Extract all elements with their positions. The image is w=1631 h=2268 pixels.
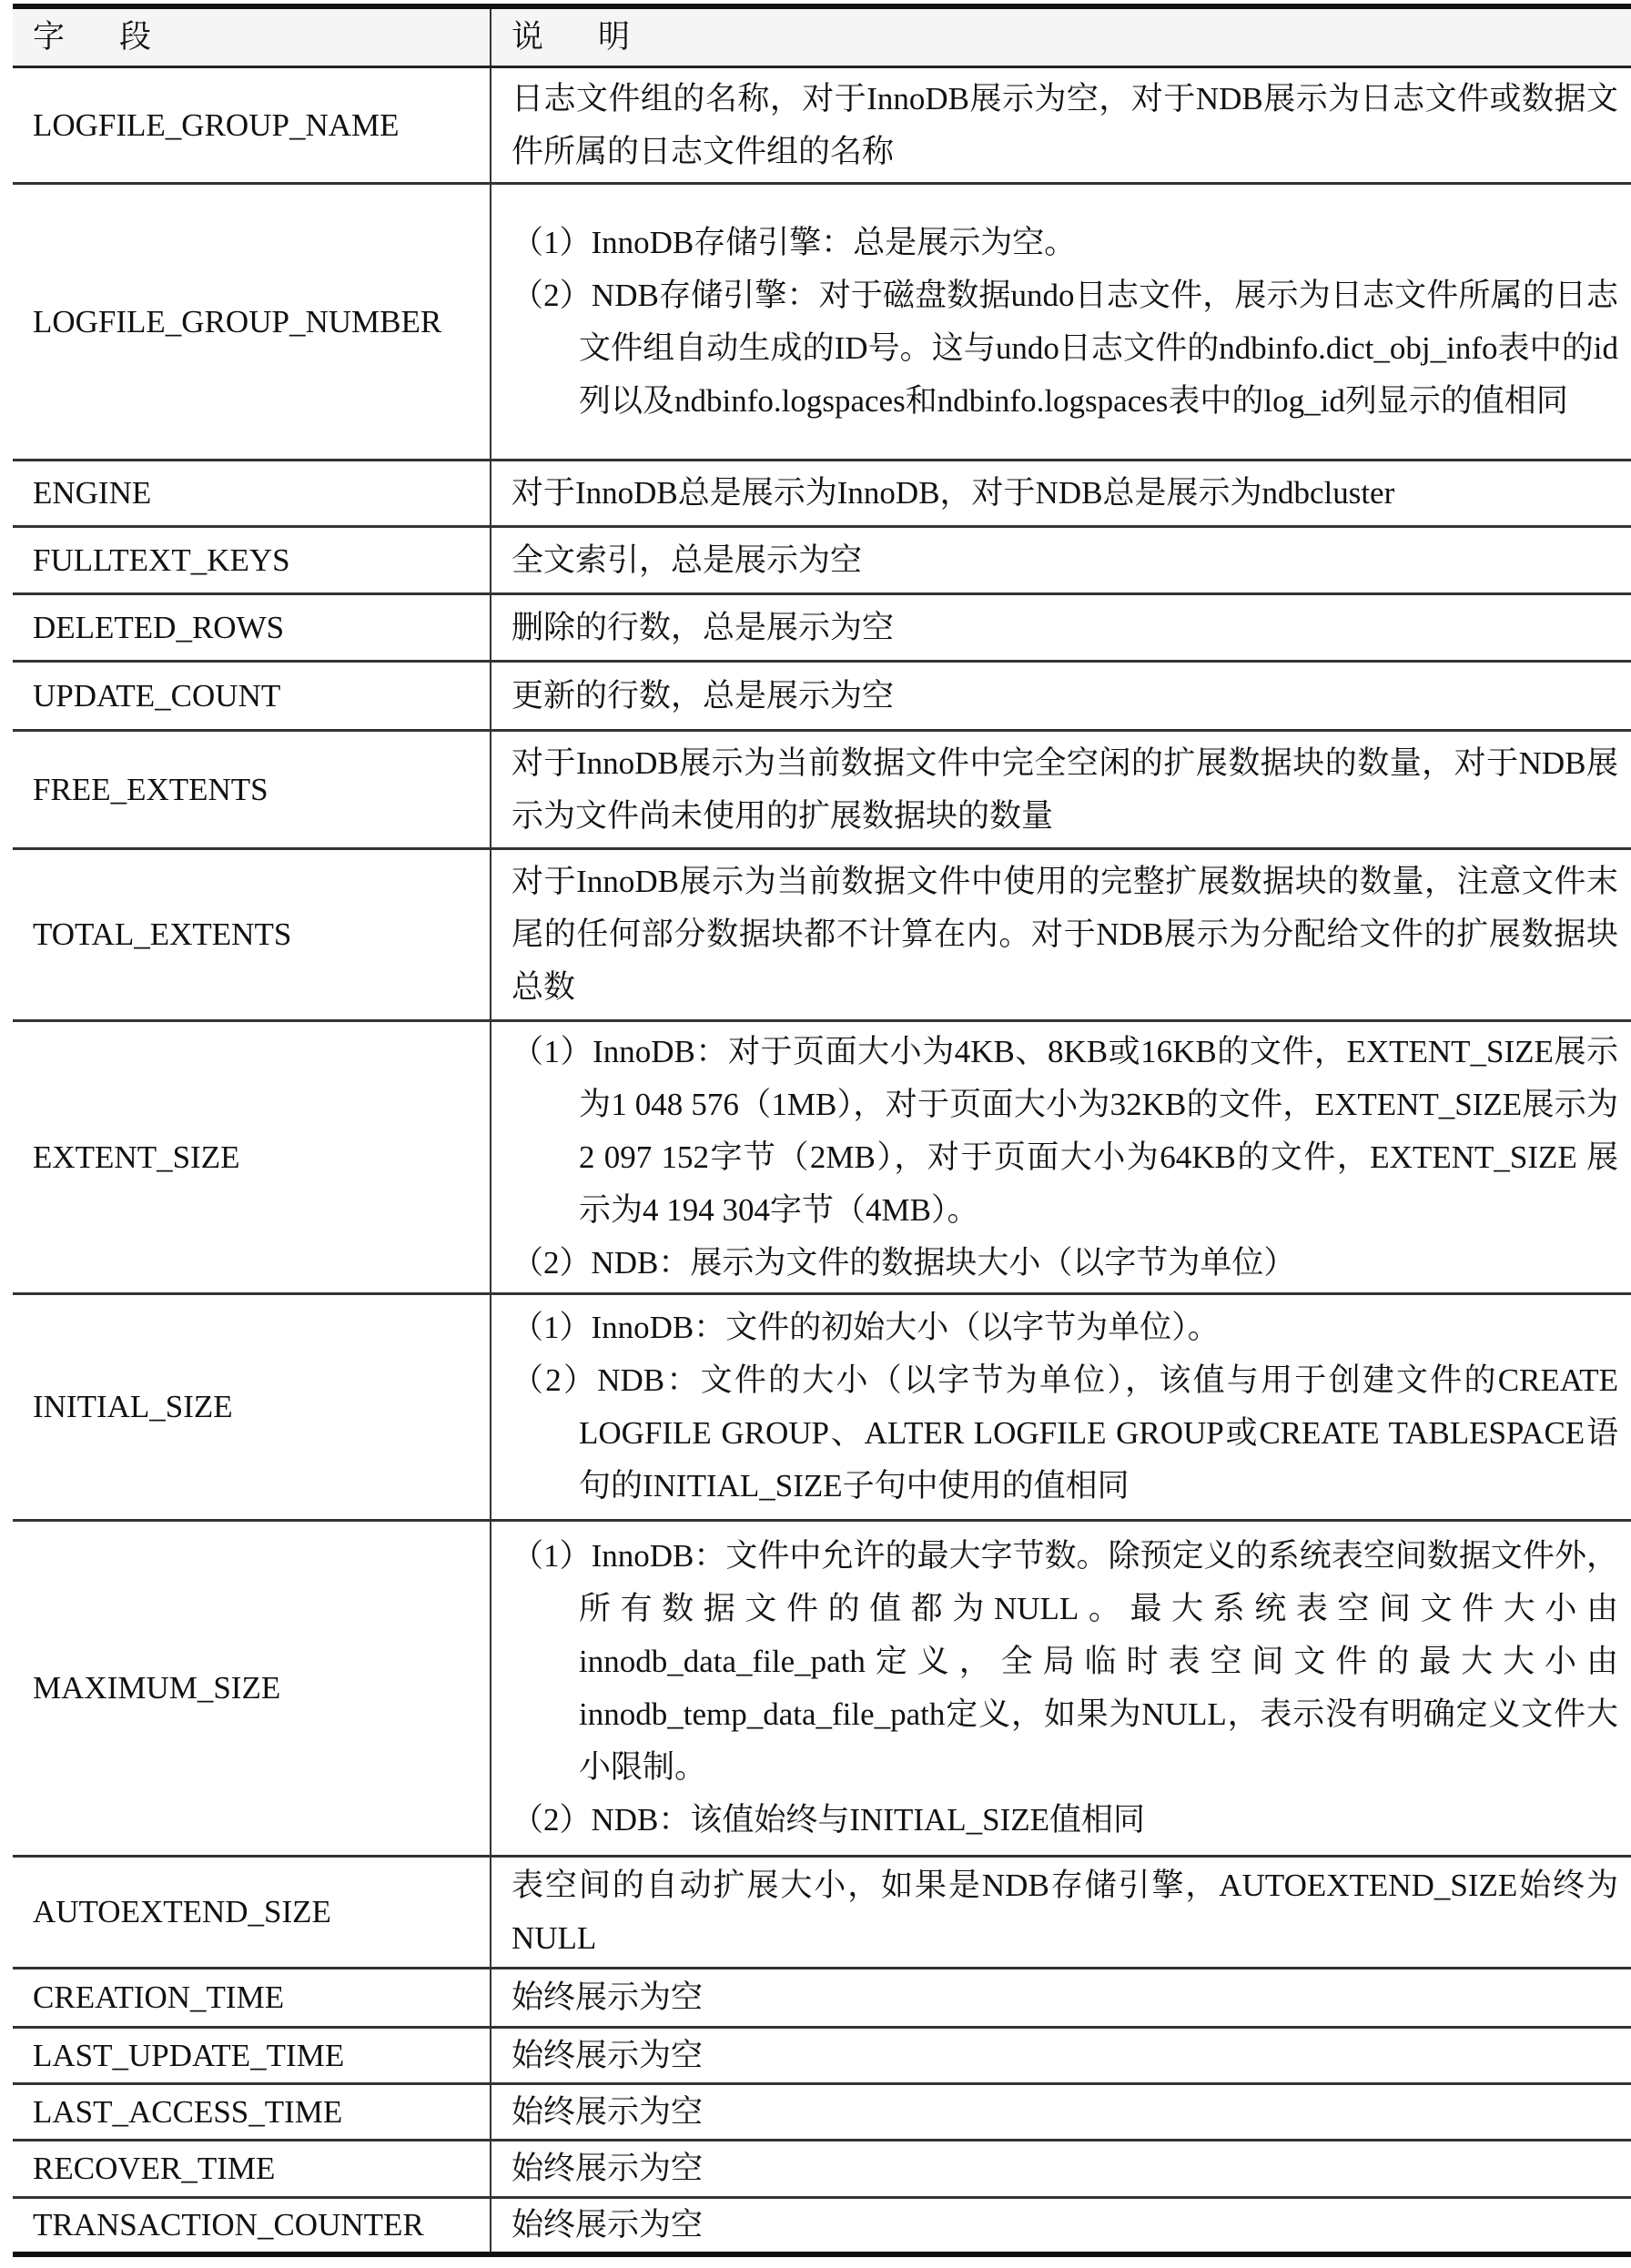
table-row: CREATION_TIME始终展示为空 [13,1969,1631,2028]
table-row: LOGFILE_GROUP_NAME日志文件组的名称，对于InnoDB展示为空，… [13,67,1631,184]
table-row: RECOVER_TIME始终展示为空 [13,2141,1631,2198]
field-description-cell: 日志文件组的名称，对于InnoDB展示为空，对于NDB展示为日志文件或数据文件所… [491,67,1631,184]
field-description-cell: 对于InnoDB展示为当前数据文件中完全空闲的扩展数据块的数量，对于NDB展示为… [491,731,1631,849]
field-description-cell: （1）InnoDB：文件的初始大小（以字节为单位）。（2）NDB：文件的大小（以… [491,1294,1631,1521]
field-name-cell: FREE_EXTENTS [13,731,491,849]
description-text: 始终展示为空 [512,2030,1618,2082]
field-name-cell: ENGINE [13,461,491,527]
field-name-cell: INITIAL_SIZE [13,1294,491,1521]
table-row: TOTAL_EXTENTS对于InnoDB展示为当前数据文件中使用的完整扩展数据… [13,849,1631,1021]
header-field-char-1: 字 [33,19,65,55]
header-desc-char-1: 说 [512,19,543,55]
table-row: LOGFILE_GROUP_NUMBER（1）InnoDB存储引擎：总是展示为空… [13,184,1631,461]
field-name-cell: MAXIMUM_SIZE [13,1521,491,1857]
table-row: LAST_ACCESS_TIME始终展示为空 [13,2084,1631,2141]
field-name-cell: AUTOEXTEND_SIZE [13,1857,491,1969]
description-text: 删除的行数，总是展示为空 [512,602,1618,654]
description-list-item: （1）InnoDB：文件的初始大小（以字节为单位）。 [512,1301,1618,1354]
field-name-cell: LOGFILE_GROUP_NUMBER [13,184,491,461]
table-header-row: 字段 说明 [13,6,1631,67]
field-description-cell: （1）InnoDB：文件中允许的最大字节数。除预定义的系统表空间数据文件外，所有… [491,1521,1631,1857]
description-text: 对于InnoDB展示为当前数据文件中完全空闲的扩展数据块的数量，对于NDB展示为… [512,737,1618,843]
table-row: FREE_EXTENTS对于InnoDB展示为当前数据文件中完全空闲的扩展数据块… [13,731,1631,849]
description-text: 始终展示为空 [512,1971,1618,2024]
table-row: AUTOEXTEND_SIZE表空间的自动扩展大小，如果是NDB存储引擎，AUT… [13,1857,1631,1969]
table-row: MAXIMUM_SIZE（1）InnoDB：文件中允许的最大字节数。除预定义的系… [13,1521,1631,1857]
table-row: UPDATE_COUNT更新的行数，总是展示为空 [13,662,1631,731]
description-list-item: （1）InnoDB：文件中允许的最大字节数。除预定义的系统表空间数据文件外，所有… [512,1530,1618,1794]
field-name-cell: DELETED_ROWS [13,594,491,662]
field-description-cell: 对于InnoDB展示为当前数据文件中使用的完整扩展数据块的数量，注意文件末尾的任… [491,849,1631,1021]
description-text: 始终展示为空 [512,2199,1618,2252]
table-row: TRANSACTION_COUNTER始终展示为空 [13,2198,1631,2255]
table-row: INITIAL_SIZE（1）InnoDB：文件的初始大小（以字节为单位）。（2… [13,1294,1631,1521]
field-description-cell: （1）InnoDB存储引擎：总是展示为空。（2）NDB存储引擎：对于磁盘数据un… [491,184,1631,461]
header-field-char-2: 段 [119,19,151,55]
description-text: 全文索引，总是展示为空 [512,534,1618,587]
field-description-cell: 对于InnoDB总是展示为InnoDB，对于NDB总是展示为ndbcluster [491,461,1631,527]
table-row: DELETED_ROWS删除的行数，总是展示为空 [13,594,1631,662]
table-row: FULLTEXT_KEYS全文索引，总是展示为空 [13,527,1631,594]
field-name-cell: TRANSACTION_COUNTER [13,2198,491,2255]
description-list-item: （1）InnoDB：对于页面大小为4KB、8KB或16KB的文件，EXTENT_… [512,1026,1618,1237]
table-body: LOGFILE_GROUP_NAME日志文件组的名称，对于InnoDB展示为空，… [13,67,1631,2255]
field-description-cell: 始终展示为空 [491,2198,1631,2255]
field-name-cell: TOTAL_EXTENTS [13,849,491,1021]
field-description-cell: 全文索引，总是展示为空 [491,527,1631,594]
description-list-item: （2）NDB：文件的大小（以字节为单位），该值与用于创建文件的CREATE LO… [512,1354,1618,1513]
description-text: 始终展示为空 [512,2086,1618,2139]
field-description-cell: 始终展示为空 [491,2028,1631,2084]
field-description-cell: 始终展示为空 [491,2084,1631,2141]
field-name-cell: EXTENT_SIZE [13,1021,491,1294]
field-description-cell: 表空间的自动扩展大小，如果是NDB存储引擎，AUTOEXTEND_SIZE始终为… [491,1857,1631,1969]
description-text: 始终展示为空 [512,2142,1618,2195]
field-name-cell: CREATION_TIME [13,1969,491,2028]
field-name-cell: UPDATE_COUNT [13,662,491,731]
field-name-cell: LAST_UPDATE_TIME [13,2028,491,2084]
field-description-cell: 删除的行数，总是展示为空 [491,594,1631,662]
field-name-cell: RECOVER_TIME [13,2141,491,2198]
header-field: 字段 [13,6,491,67]
description-list-item: （2）NDB存储引擎：对于磁盘数据undo日志文件，展示为日志文件所属的日志文件… [512,269,1618,428]
description-text: 对于InnoDB展示为当前数据文件中使用的完整扩展数据块的数量，注意文件末尾的任… [512,856,1618,1014]
description-list-item: （1）InnoDB存储引擎：总是展示为空。 [512,217,1618,269]
table-row: EXTENT_SIZE（1）InnoDB：对于页面大小为4KB、8KB或16KB… [13,1021,1631,1294]
table-row: ENGINE对于InnoDB总是展示为InnoDB，对于NDB总是展示为ndbc… [13,461,1631,527]
field-name-cell: LOGFILE_GROUP_NAME [13,67,491,184]
description-text: 日志文件组的名称，对于InnoDB展示为空，对于NDB展示为日志文件或数据文件所… [512,73,1618,178]
field-name-cell: LAST_ACCESS_TIME [13,2084,491,2141]
field-description-cell: 更新的行数，总是展示为空 [491,662,1631,731]
field-description-cell: 始终展示为空 [491,2141,1631,2198]
field-description-cell: 始终展示为空 [491,1969,1631,2028]
description-text: 对于InnoDB总是展示为InnoDB，对于NDB总是展示为ndbcluster [512,467,1618,520]
description-text: 表空间的自动扩展大小，如果是NDB存储引擎，AUTOEXTEND_SIZE始终为… [512,1859,1618,1965]
field-description-table: 字段 说明 LOGFILE_GROUP_NAME日志文件组的名称，对于InnoD… [13,4,1631,2257]
header-desc-char-2: 明 [598,19,630,55]
description-text: 更新的行数，总是展示为空 [512,670,1618,723]
field-name-cell: FULLTEXT_KEYS [13,527,491,594]
field-description-cell: （1）InnoDB：对于页面大小为4KB、8KB或16KB的文件，EXTENT_… [491,1021,1631,1294]
description-list-item: （2）NDB：该值始终与INITIAL_SIZE值相同 [512,1794,1618,1847]
header-description: 说明 [491,6,1631,67]
table-row: LAST_UPDATE_TIME始终展示为空 [13,2028,1631,2084]
description-list-item: （2）NDB：展示为文件的数据块大小（以字节为单位） [512,1237,1618,1290]
